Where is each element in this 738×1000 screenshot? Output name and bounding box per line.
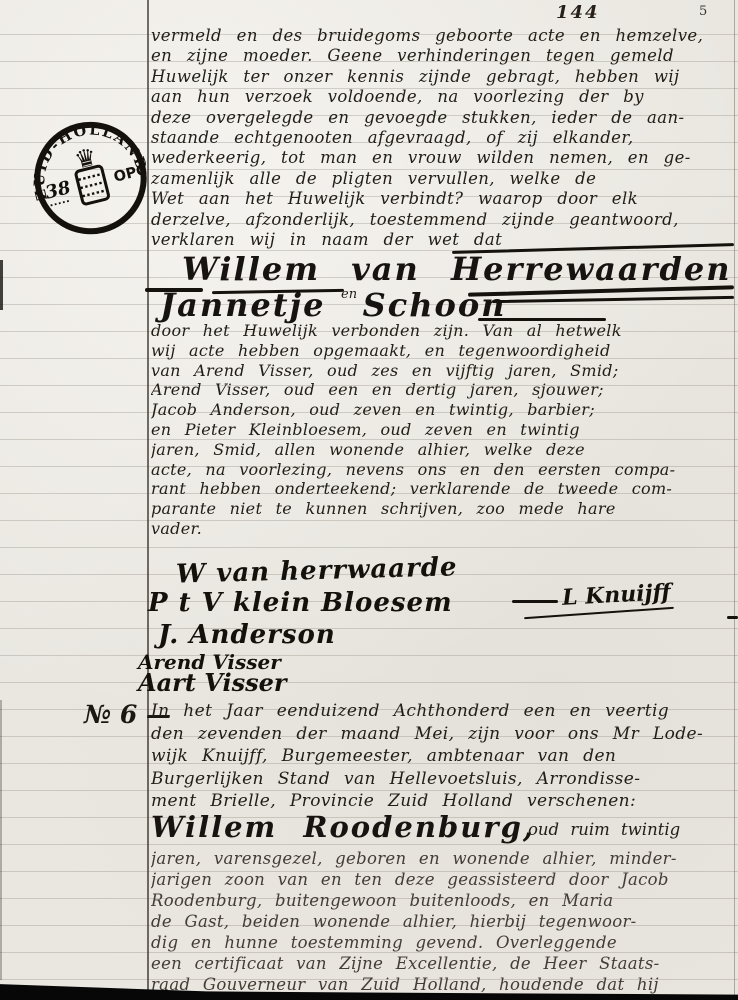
text-line: rant hebben onderteekend; verklarende de… xyxy=(151,479,733,499)
margin-rule-line xyxy=(147,0,149,990)
text-line: en Pieter Kleinbloesem, oud zeven en twi… xyxy=(151,420,733,440)
text-line: Roodenburg, buitengewoon buitenloods, en… xyxy=(151,891,733,912)
text-line: vermeld en des bruidegoms geboorte acte … xyxy=(151,26,733,46)
signature-witness-kleinbloesem: P t V klein Bloesem xyxy=(148,588,453,618)
text-line: deze overgelegde en gevoegde stukken, ie… xyxy=(151,108,733,128)
text-line: zamenlijk alle de pligten vervullen, wel… xyxy=(151,169,733,189)
groom-name: Willem van Herrewaarden xyxy=(182,250,731,288)
page-right-edge xyxy=(734,0,735,1000)
text-line: Burgerlijken Stand van Hellevoetsluis, A… xyxy=(151,769,733,792)
bride-name: Jannetje Schoon xyxy=(160,286,506,324)
pen-stroke-line xyxy=(492,296,734,303)
text-line: jaren, Smid, allen wonende alhier, welke… xyxy=(151,440,733,460)
text-after-name: oud ruim twintig xyxy=(528,820,680,839)
text-line: In het Jaar eenduizend Achthonderd een e… xyxy=(151,701,733,724)
text-line: Wet aan het Huwelijk verbindt? waarop do… xyxy=(151,189,733,209)
document-page: 144 5 ZUID-HOLLAND 38 OPC ♛ vermeld en d… xyxy=(0,0,738,1000)
text-line: parante niet te kunnen schrijven, zoo me… xyxy=(151,499,733,519)
text-line: wij acte hebben opgemaakt, en tegenwoord… xyxy=(151,341,733,361)
text-line: Arend Visser, oud een en dertig jaren, s… xyxy=(151,380,733,400)
act-six-text-lower: jaren, varensgezel, geboren en wonende a… xyxy=(151,849,733,996)
text-line: dig en hunne toestemming gevend. Overleg… xyxy=(151,933,733,954)
text-line: wederkeerig, tot man en vrouw wilden nem… xyxy=(151,148,733,168)
text-line: staande echtgenooten afgevraagd, of zij … xyxy=(151,128,733,148)
text-line: wijk Knuijff, Burgemeester, ambtenaar va… xyxy=(151,746,733,769)
stamp-number: 38 xyxy=(43,177,73,204)
signature-official: L Knuijff xyxy=(561,579,671,611)
pen-stroke-line xyxy=(512,600,558,603)
text-line: derzelve, afzonderlijk, toestemmend zijn… xyxy=(151,210,733,230)
text-line: en zijne moeder. Geene verhinderingen te… xyxy=(151,46,733,66)
printed-page-number: 5 xyxy=(699,4,707,19)
text-line: Jacob Anderson, oud zeven en twintig, ba… xyxy=(151,400,733,420)
signature-witness-aart-visser: Aart Visser xyxy=(138,668,287,697)
text-line: een certificaat van Zijne Excellentie, d… xyxy=(151,954,733,975)
text-line: Huwelijk ter onzer kennis zijnde gebragt… xyxy=(151,67,733,87)
stamp-graphic: ZUID-HOLLAND 38 OPC ♛ xyxy=(17,107,163,249)
text-line: den zevenden der maand Mei, zijn voor on… xyxy=(151,724,733,747)
handwritten-page-number: 144 xyxy=(556,2,600,23)
text-line: vader. xyxy=(151,519,733,539)
text-line: de Gast, beiden wonende alhier, hierbij … xyxy=(151,912,733,933)
act-previous-text-upper: vermeld en des bruidegoms geboorte acte … xyxy=(151,26,733,250)
act-six-text-upper: In het Jaar eenduizend Achthonderd een e… xyxy=(151,701,733,814)
text-line: acte, na voorlezing, nevens ons en den e… xyxy=(151,460,733,480)
province-stamp: ZUID-HOLLAND 38 OPC ♛ xyxy=(17,107,164,253)
signature-groom: W van herrwaarde xyxy=(176,552,458,589)
signature-witness-anderson: J. Anderson xyxy=(158,620,336,650)
pen-stroke-line xyxy=(727,616,738,619)
act-six-groom-name: Willem Roodenburg, xyxy=(151,810,535,844)
binding-mark xyxy=(0,260,3,310)
binding-shadow xyxy=(0,700,2,980)
act-previous-text-lower: door het Huwelijk verbonden zijn. Van al… xyxy=(151,321,733,539)
text-line: jarigen zoon van en ten deze geassisteer… xyxy=(151,870,733,891)
text-line: door het Huwelijk verbonden zijn. Van al… xyxy=(151,321,733,341)
text-line: aan hun verzoek voldoende, na voorlezing… xyxy=(151,87,733,107)
text-line: jaren, varensgezel, geboren en wonende a… xyxy=(151,849,733,870)
text-line: van Arend Visser, oud zes en vijftig jar… xyxy=(151,361,733,381)
